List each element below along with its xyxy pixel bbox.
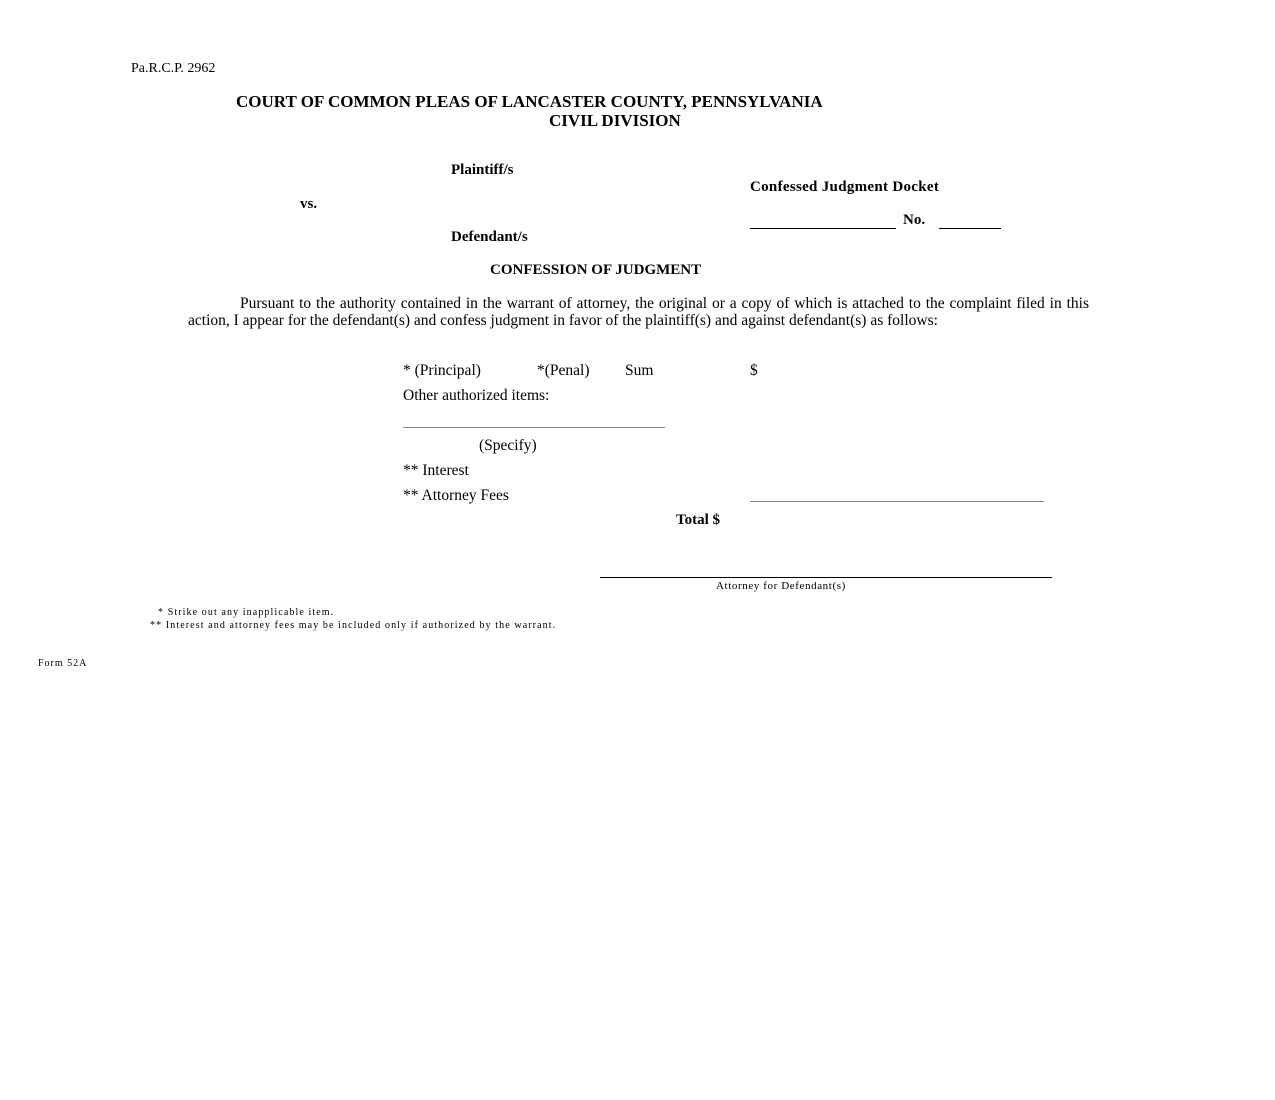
court-division: CIVIL DIVISION xyxy=(549,111,681,131)
other-items-label: Other authorized items: xyxy=(403,387,549,405)
sum-label: Sum xyxy=(625,362,653,380)
body-paragraph: Pursuant to the authority contained in t… xyxy=(188,295,1089,329)
vs-label: vs. xyxy=(300,196,317,213)
attorney-fees-field[interactable] xyxy=(750,501,1044,502)
form-number: Form 52A xyxy=(38,658,87,669)
docket-number-field[interactable] xyxy=(939,228,1001,229)
defendant-label: Defendant/s xyxy=(451,229,528,246)
total-label: Total $ xyxy=(676,512,720,529)
specify-label: (Specify) xyxy=(479,437,537,455)
docket-number-label: No. xyxy=(903,212,925,229)
footnote-interest-fees: ** Interest and attorney fees may be inc… xyxy=(150,620,556,631)
signature-field[interactable] xyxy=(600,577,1052,578)
principal-amount-field[interactable]: $ xyxy=(750,362,758,380)
interest-label: ** Interest xyxy=(403,462,469,480)
footnote-strike-out: * Strike out any inapplicable item. xyxy=(158,607,334,618)
principal-label: * (Principal) xyxy=(403,362,481,380)
other-items-field[interactable] xyxy=(403,427,665,428)
docket-label: Confessed Judgment Docket xyxy=(750,179,939,196)
document-title: CONFESSION OF JUDGMENT xyxy=(490,262,701,279)
rule-reference: Pa.R.C.P. 2962 xyxy=(131,61,215,77)
penal-label: *(Penal) xyxy=(537,362,590,380)
attorney-fees-label: ** Attorney Fees xyxy=(403,487,509,505)
court-title: COURT OF COMMON PLEAS OF LANCASTER COUNT… xyxy=(236,92,823,112)
plaintiff-label: Plaintiff/s xyxy=(451,162,514,179)
docket-term-field[interactable] xyxy=(750,228,896,229)
signature-label: Attorney for Defendant(s) xyxy=(716,580,846,592)
